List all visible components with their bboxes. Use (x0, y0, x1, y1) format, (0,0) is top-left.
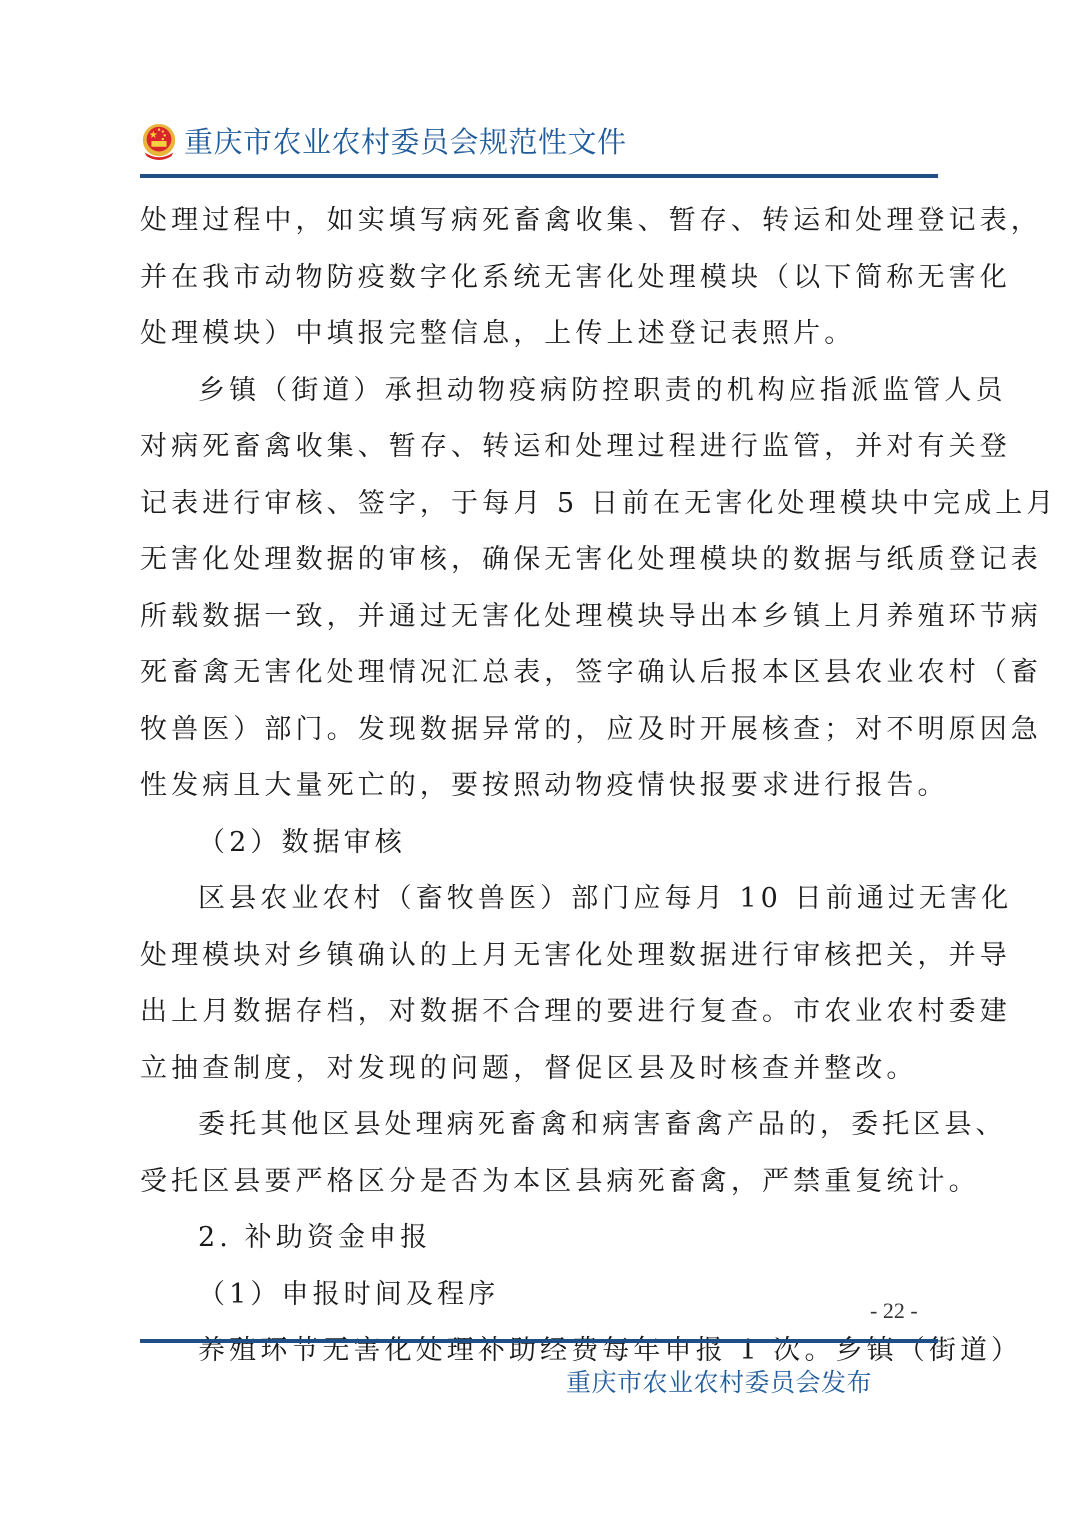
text-line: 处理模块对乡镇确认的上月无害化处理数据进行审核把关，并导 (140, 933, 938, 990)
text-line: 并在我市动物防疫数字化系统无害化处理模块（以下简称无害化 (140, 255, 938, 312)
text-line: 委托其他区县处理病死畜禽和病害畜禽产品的，委托区县、 (140, 1102, 938, 1159)
text-line: 牧兽医）部门。发现数据异常的，应及时开展核查；对不明原因急 (140, 707, 938, 764)
body-text: 处理过程中，如实填写病死畜禽收集、暂存、转运和处理登记表，并在我市动物防疫数字化… (140, 198, 938, 1385)
page-number: - 22 - (870, 1298, 918, 1324)
header-title: 重庆市农业农村委员会规范性文件 (184, 124, 627, 160)
footer-publisher: 重庆市农业农村委员会发布 (566, 1363, 872, 1399)
text-line: （2）数据审核 (140, 820, 938, 877)
text-line: 出上月数据存档，对数据不合理的要进行复查。市农业农村委建 (140, 989, 938, 1046)
text-line: 记表进行审核、签字，于每月 5 日前在无害化处理模块中完成上月 (140, 481, 938, 538)
text-line: 处理模块）中填报完整信息，上传上述登记表照片。 (140, 311, 938, 368)
text-line: 死畜禽无害化处理情况汇总表，签字确认后报本区县农业农村（畜 (140, 650, 938, 707)
document-header: 重庆市农业农村委员会规范性文件 (140, 118, 938, 178)
text-line: 性发病且大量死亡的，要按照动物疫情快报要求进行报告。 (140, 763, 938, 820)
national-emblem-icon (140, 122, 178, 162)
text-line: 所载数据一致，并通过无害化处理模块导出本乡镇上月养殖环节病 (140, 594, 938, 651)
text-line: 立抽查制度，对发现的问题，督促区县及时核查并整改。 (140, 1046, 938, 1103)
footer-divider (140, 1339, 938, 1343)
text-line: 处理过程中，如实填写病死畜禽收集、暂存、转运和处理登记表， (140, 198, 938, 255)
header-divider (140, 174, 938, 178)
text-line: 无害化处理数据的审核，确保无害化处理模块的数据与纸质登记表 (140, 537, 938, 594)
text-line: 2. 补助资金申报 (140, 1215, 938, 1272)
text-line: 对病死畜禽收集、暂存、转运和处理过程进行监管，并对有关登 (140, 424, 938, 481)
text-line: （1）申报时间及程序 (140, 1272, 938, 1329)
text-line: 乡镇（街道）承担动物疫病防控职责的机构应指派监管人员 (140, 368, 938, 425)
text-line: 受托区县要严格区分是否为本区县病死畜禽，严禁重复统计。 (140, 1159, 938, 1216)
text-line: 区县农业农村（畜牧兽医）部门应每月 10 日前通过无害化 (140, 876, 938, 933)
